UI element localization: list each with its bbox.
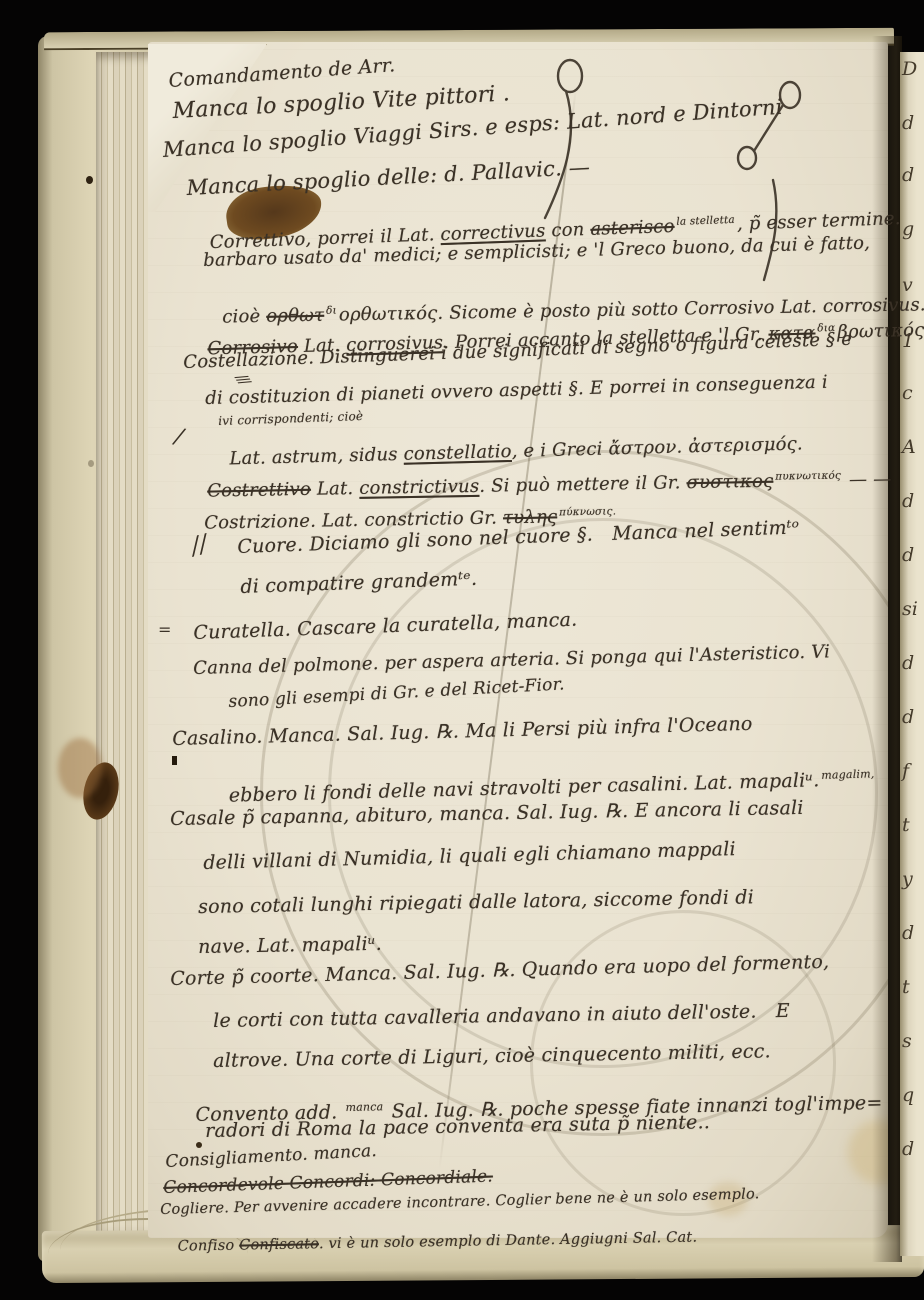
strip-glyph: q: [902, 1084, 914, 1106]
mark-glyph: =: [158, 620, 171, 639]
strip-glyph: d: [902, 1138, 914, 1160]
line-text: . vi è un solo esemplo di Dante. Aggiugn…: [319, 1230, 698, 1253]
strip-glyph: s: [902, 1030, 912, 1052]
facing-page-sliver: D d d g v 1 c A d d si d d f t y d t s q…: [900, 52, 924, 1256]
strip-glyph: t: [902, 814, 910, 836]
strip-glyph: f: [902, 760, 909, 782]
strip-glyph: si: [902, 598, 918, 620]
superscript-correction: manca: [345, 1100, 383, 1114]
superscript-correction: πύκνωσις.: [559, 505, 616, 518]
line-text: — —: [843, 469, 892, 491]
entry-confiso: Confiso Confiscato. vi è un solo esemplo…: [158, 1214, 698, 1271]
speck: [86, 176, 93, 184]
line-text: nave. Lat. mapaliᵘ.: [198, 933, 382, 958]
rust-stain: [58, 738, 102, 798]
superscript-correction: magalim,: [821, 767, 875, 781]
speck: [172, 756, 177, 765]
manuscript-scan: D d d g v 1 c A d d si d d f t y d t s q…: [0, 0, 924, 1300]
strip-glyph: d: [902, 112, 914, 134]
line-text: con: [545, 219, 591, 242]
struck-word: συστικος: [686, 471, 773, 494]
strip-glyph: d: [902, 544, 914, 566]
speck: [88, 460, 94, 467]
strip-glyph: A: [902, 436, 916, 458]
strip-glyph: y: [902, 868, 913, 890]
strip-glyph: d: [902, 706, 914, 728]
strip-glyph: d: [902, 490, 914, 512]
strip-glyph: c: [902, 382, 913, 404]
entry-casale-line4: nave. Lat. mapaliᵘ.: [198, 933, 382, 958]
line-text: Confiso: [178, 1238, 240, 1255]
strip-glyph: D: [902, 58, 917, 80]
strip-glyph: t: [902, 976, 910, 998]
strip-glyph: d: [902, 922, 914, 944]
margin-equals-mark: =: [158, 620, 171, 639]
line-text: , p̃ esser termine.: [737, 208, 901, 235]
struck-word: Confiscato: [239, 1236, 319, 1253]
struck-word: asterisco: [590, 216, 675, 240]
superscript-correction: πυκνωτικός: [775, 470, 841, 483]
strip-glyph: d: [902, 652, 914, 674]
strip-glyph: g: [902, 218, 914, 240]
strip-glyph: d: [902, 164, 914, 186]
superscript-correction: la stelletta: [676, 214, 735, 228]
